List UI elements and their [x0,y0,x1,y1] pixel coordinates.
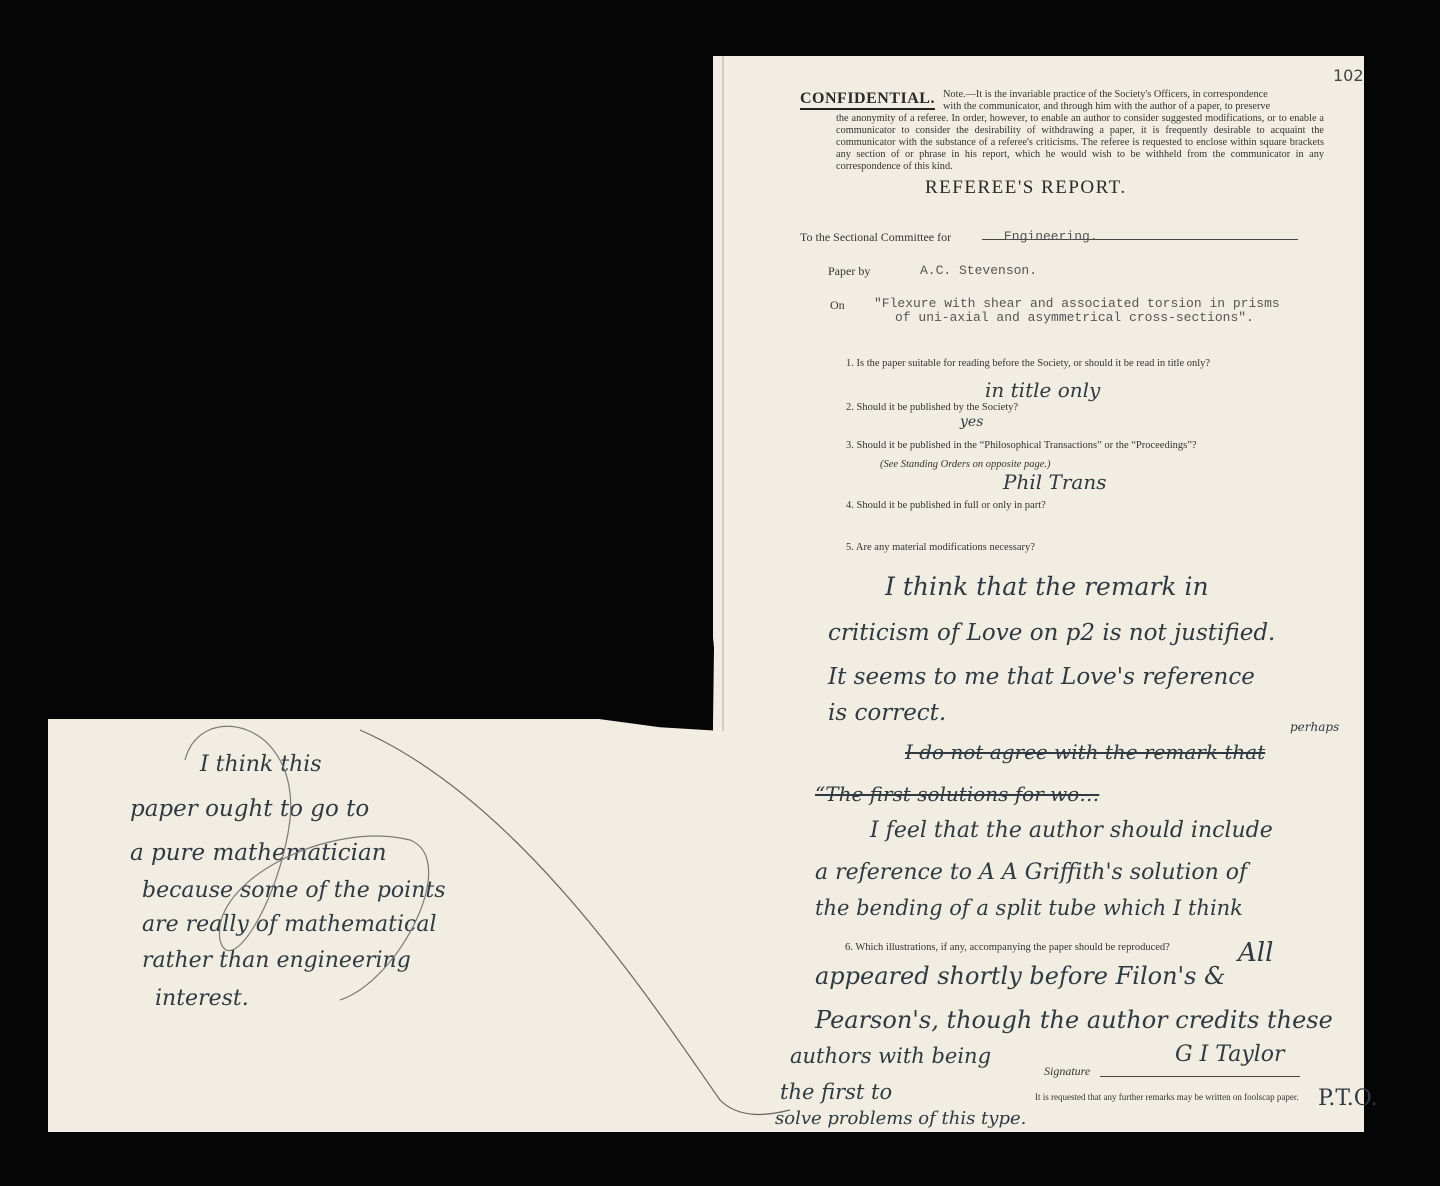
pencil-loop-marks [0,0,1440,1186]
